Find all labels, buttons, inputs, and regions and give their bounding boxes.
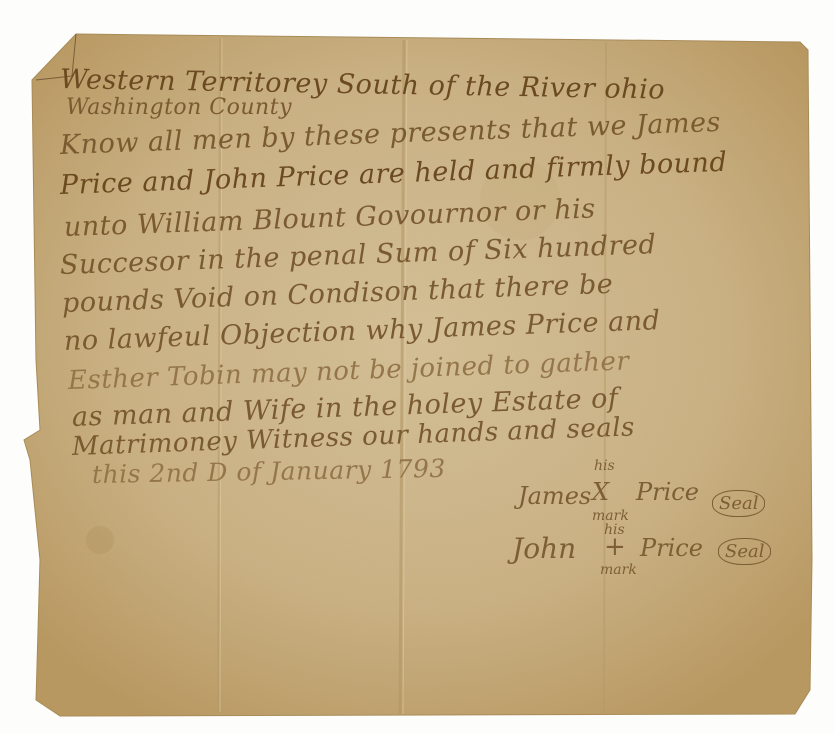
john-seal: Seal: [718, 538, 771, 565]
doc-line-2: Washington County: [66, 95, 292, 120]
john-mark-label: mark: [600, 562, 637, 578]
james-signature-name: James: [518, 482, 591, 510]
document-page: Western Territorey South of the River oh…: [0, 0, 835, 734]
john-signature-name: John: [512, 532, 576, 565]
james-signature-surname: Price: [636, 478, 699, 506]
doc-line-12: this 2nd D of January 1793: [92, 454, 446, 489]
james-mark-x: X: [592, 478, 609, 506]
james-his-label: his: [594, 458, 615, 474]
john-mark-cross: +: [604, 532, 626, 562]
john-signature-surname: Price: [640, 534, 703, 562]
james-seal: Seal: [712, 490, 765, 517]
